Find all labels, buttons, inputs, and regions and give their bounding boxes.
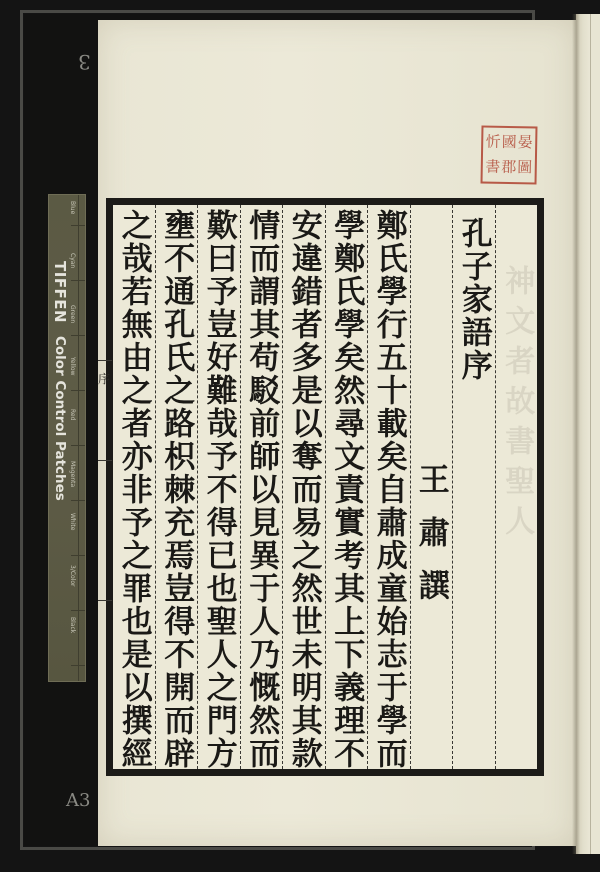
patch-label: Green: [69, 305, 76, 323]
patch-label: Black: [69, 617, 76, 633]
margin-marker: 序: [98, 350, 110, 670]
seal-char: 郡: [501, 155, 517, 180]
margin-tick: [98, 460, 112, 461]
text-column: 安違錯者多是以奪而易之然世未明其款: [282, 205, 325, 769]
patch-label: Magenta: [69, 461, 76, 487]
seal-char: 忻: [485, 130, 501, 155]
column-text: 之哉若無由之者亦非予之罪也是以撰經: [112, 209, 156, 770]
color-calibration-strip: TIFFEN Color Control Patches Blue Cyan G…: [48, 194, 86, 682]
seal-char: 國: [501, 130, 517, 155]
text-column: 學鄭氏學矣然尋文責實考其上下義理不: [325, 205, 368, 769]
bleed-through-text: 神文者故書聖人: [494, 265, 538, 545]
strip-title: Color Control Patches: [52, 336, 68, 501]
column-text: 歎曰予豈好難哉予不得已也聖人之門方: [197, 209, 241, 770]
strip-brand-text: TIFFEN Color Control Patches: [50, 199, 70, 682]
column-text: 壅不通孔氏之路枳棘充焉豈得不開而辟: [154, 209, 198, 770]
column-text: 學鄭氏學矣然尋文責實考其上下義理不: [324, 209, 368, 770]
column-text: 情而謂其苟駁前師以見異于人乃慨然而: [239, 209, 283, 770]
frame-label-top: 3: [78, 50, 91, 74]
seal-char: 圖: [517, 155, 533, 180]
frame-label-bottom: A3: [66, 790, 90, 811]
text-column: 鄭氏學行五十載矣自肅成童始志于學而: [367, 205, 410, 769]
column-text: 鄭氏學行五十載矣自肅成童始志于學而: [367, 209, 411, 770]
text-column: 之哉若無由之者亦非予之罪也是以撰經: [113, 205, 155, 769]
margin-tick: [98, 360, 112, 361]
author-suffix: 譔: [413, 569, 449, 622]
patch-label: White: [69, 513, 76, 530]
author-column: 王肅譔: [410, 205, 453, 769]
patch-label: 3/Color: [69, 565, 76, 587]
text-column: 情而謂其苟駁前師以見異于人乃慨然而: [240, 205, 283, 769]
author-line: 王肅譔: [409, 463, 454, 622]
margin-tick: [98, 600, 112, 601]
patch-label: Red: [69, 409, 76, 420]
printed-text-block: 神文者故書聖人 孔子家語序 王肅譔 鄭氏學行五十載矣自肅成童始志于學而 學鄭氏學…: [106, 198, 544, 776]
collector-seal: 忻 國 晏 書 郡 圖: [480, 126, 537, 185]
text-columns: 神文者故書聖人 孔子家語序 王肅譔 鄭氏學行五十載矣自肅成童始志于學而 學鄭氏學…: [113, 205, 537, 769]
column-text: 安違錯者多是以奪而易之然世未明其款: [282, 209, 326, 770]
seal-char: 晏: [517, 130, 533, 155]
text-column: 歎曰予豈好難哉予不得已也聖人之門方: [197, 205, 240, 769]
preface-title: 孔子家語序: [452, 217, 496, 382]
patch-label: Cyan: [69, 253, 76, 268]
gutter-shadow: [572, 14, 580, 854]
next-page-edge: [590, 14, 600, 854]
author-name: 王肅: [413, 463, 449, 569]
title-column: 孔子家語序: [452, 205, 495, 769]
patch-label: Yellow: [69, 357, 76, 375]
patch-label: Blue: [69, 201, 76, 214]
ghost-column: 神文者故書聖人: [495, 205, 538, 769]
seal-char: 書: [485, 155, 501, 180]
strip-patch-labels: Blue Cyan Green Yellow Red Magenta White…: [69, 195, 79, 681]
margin-char: 序: [98, 370, 110, 387]
text-column: 壅不通孔氏之路枳棘充焉豈得不開而辟: [155, 205, 198, 769]
strip-brand: TIFFEN: [51, 261, 69, 323]
